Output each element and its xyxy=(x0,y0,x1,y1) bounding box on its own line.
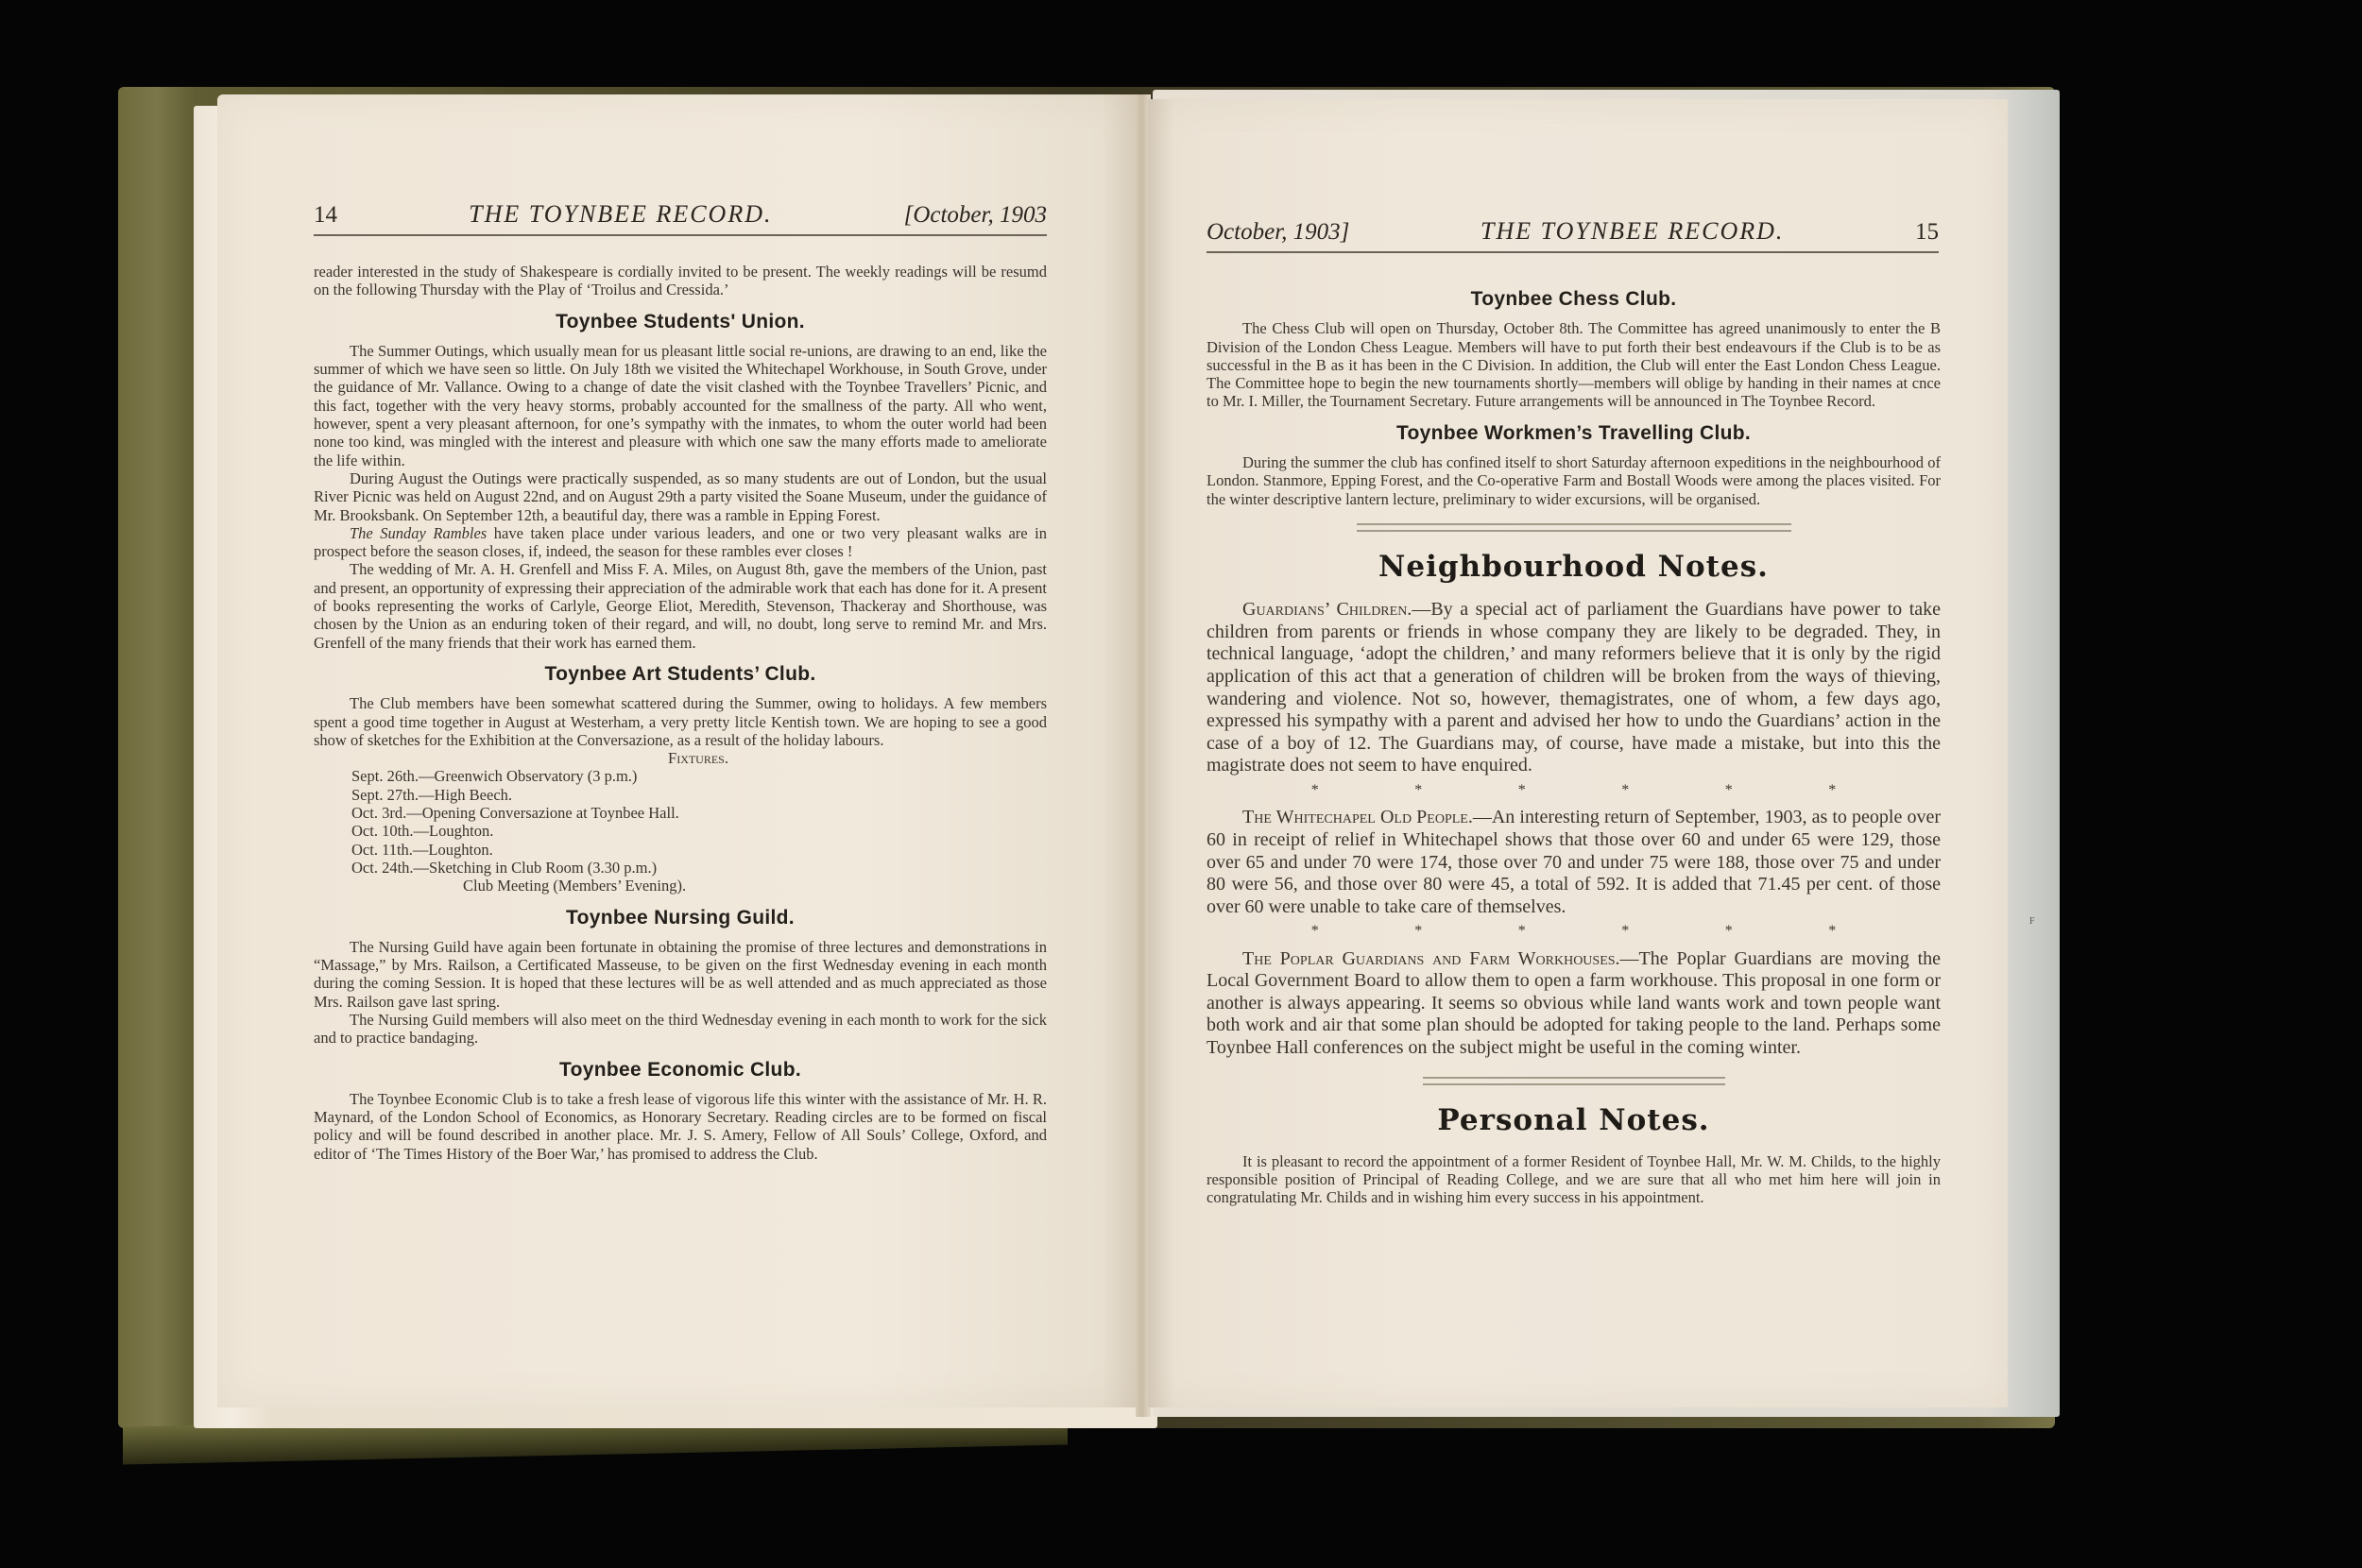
fixtures-list: Sept. 26th.—Greenwich Observatory (3 p.m… xyxy=(314,767,1047,895)
note-lead: Guardians’ Children. xyxy=(1242,599,1412,620)
left-page: 14 THE TOYNBEE RECORD. [October, 1903 re… xyxy=(217,94,1138,1407)
blackletter-heading: Neighbourhood Notes. xyxy=(1207,558,1941,576)
fixture-item: Oct. 3rd.—Opening Conversazione at Toynb… xyxy=(351,804,1047,822)
asterisk-separator: ****** xyxy=(1207,918,1941,947)
continuation-text: reader interested in the study of Shakes… xyxy=(314,263,1047,299)
left-column: reader interested in the study of Shakes… xyxy=(314,263,1047,1163)
paragraph: The Nursing Guild members will also meet… xyxy=(314,1011,1047,1048)
note-lead: The Whitechapel Old People. xyxy=(1242,807,1473,827)
section-heading: Toynbee Chess Club. xyxy=(1207,290,1941,308)
paragraph: The Club members have been somewhat scat… xyxy=(314,694,1047,749)
note-paragraph: The Whitechapel Old People.—An interesti… xyxy=(1207,807,1941,918)
issue-date: October, 1903] xyxy=(1207,219,1349,246)
fixture-item: Oct. 10th.—Loughton. xyxy=(351,822,1047,840)
running-title: THE TOYNBEE RECORD. xyxy=(1481,217,1784,246)
note-paragraph: The Poplar Guardians and Farm Workhouses… xyxy=(1207,948,1941,1060)
italic-lead: The Sunday Rambles xyxy=(350,524,487,542)
section-heading: Toynbee Workmen’s Travelling Club. xyxy=(1207,424,1941,442)
page-number: 14 xyxy=(314,202,337,229)
double-rule-divider xyxy=(1423,1077,1725,1085)
paragraph: During the summer the club has confined … xyxy=(1207,453,1941,508)
paragraph: The Sunday Rambles have taken place unde… xyxy=(314,524,1047,561)
note-lead: The Poplar Guardians and Farm Workhouses… xyxy=(1242,948,1620,969)
paragraph: The wedding of Mr. A. H. Grenfell and Mi… xyxy=(314,560,1047,651)
page-number: 15 xyxy=(1915,219,1939,246)
paragraph: The Summer Outings, which usually mean f… xyxy=(314,342,1047,469)
double-rule-divider xyxy=(1357,523,1791,532)
note-paragraph: Guardians’ Children.—By a special act of… xyxy=(1207,599,1941,777)
running-title: THE TOYNBEE RECORD. xyxy=(469,200,772,229)
fixture-item: Sept. 27th.—High Beech. xyxy=(351,786,1047,804)
fixture-item: Oct. 11th.—Loughton. xyxy=(351,841,1047,859)
section-heading: Toynbee Nursing Guild. xyxy=(314,909,1047,927)
right-page: October, 1903] THE TOYNBEE RECORD. 15 To… xyxy=(1148,99,2008,1407)
fixture-item: Oct. 24th.—Sketching in Club Room (3.30 … xyxy=(351,859,1047,877)
fixture-item-sub: Club Meeting (Members’ Evening). xyxy=(351,877,1047,895)
paragraph: The Chess Club will open on Thursday, Oc… xyxy=(1207,319,1941,410)
section-heading: Toynbee Art Students’ Club. xyxy=(314,665,1047,683)
section-heading: Toynbee Economic Club. xyxy=(314,1061,1047,1079)
blackletter-heading: Personal Notes. xyxy=(1207,1112,1941,1130)
section-heading: Toynbee Students' Union. xyxy=(314,313,1047,331)
fixtures-heading: Fixtures. xyxy=(314,749,1047,767)
fixture-item: Sept. 26th.—Greenwich Observatory (3 p.m… xyxy=(351,767,1047,785)
page-edge-mark: F xyxy=(2029,916,2035,927)
right-column: Toynbee Chess Club. The Chess Club will … xyxy=(1207,277,1941,1207)
running-head-left: 14 THE TOYNBEE RECORD. [October, 1903 xyxy=(314,200,1047,236)
running-head-right: October, 1903] THE TOYNBEE RECORD. 15 xyxy=(1207,217,1939,253)
asterisk-separator: ****** xyxy=(1207,777,1941,807)
paragraph: The Toynbee Economic Club is to take a f… xyxy=(314,1090,1047,1163)
paragraph: The Nursing Guild have again been fortun… xyxy=(314,938,1047,1011)
paragraph: It is pleasant to record the appointment… xyxy=(1207,1152,1941,1207)
issue-date: [October, 1903 xyxy=(904,202,1047,229)
paragraph: During August the Outings were practical… xyxy=(314,469,1047,524)
